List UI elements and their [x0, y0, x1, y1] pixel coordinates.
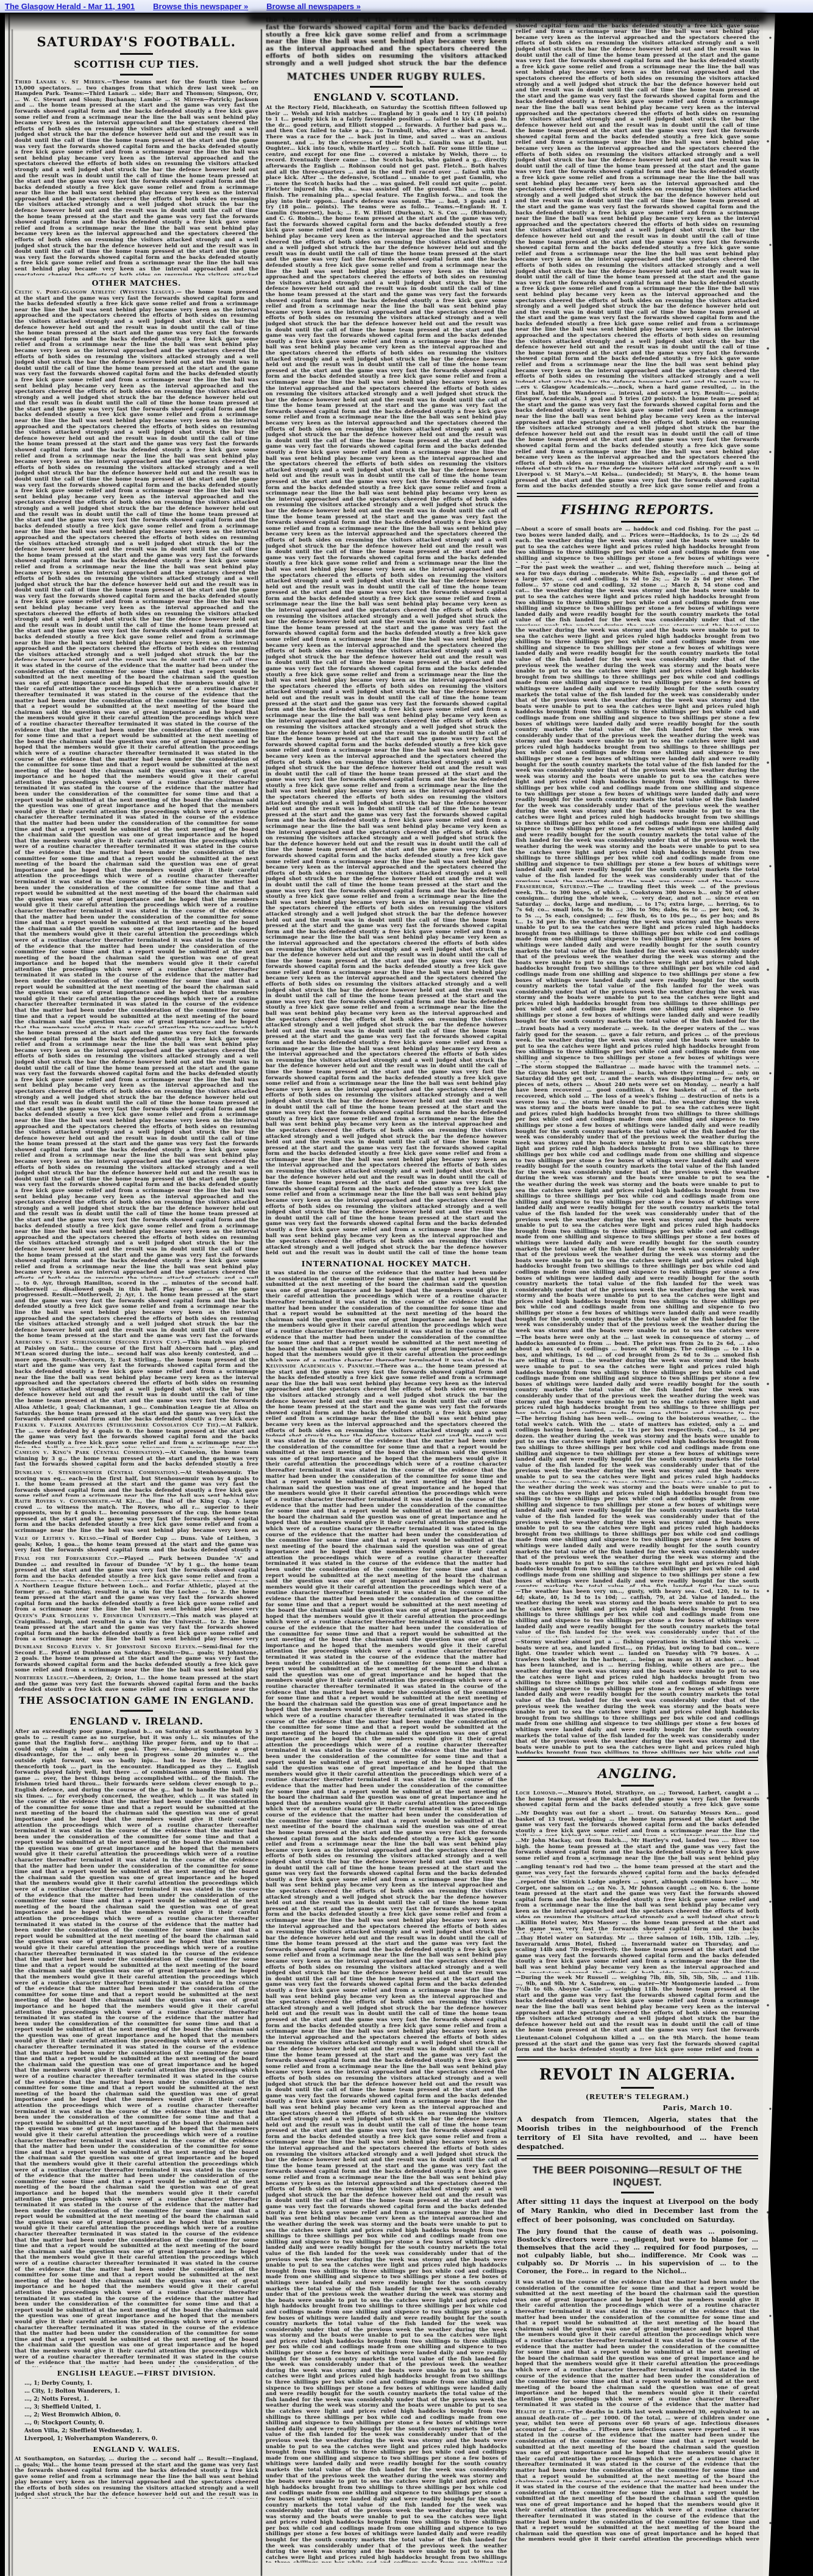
article-text: … to 0. Ayr, through Hamilton, scored in… — [15, 1280, 258, 1338]
paragraph-lead: Loch Lomond. — [516, 1790, 558, 1796]
paragraph-lead: Celtic v. Port-Glasgow Athletic (Western… — [15, 289, 177, 295]
article-text: Vale of Leithen v. Kelso.—Final of Borde… — [15, 1536, 258, 1554]
article-text: the weather during the week was stormy a… — [266, 2221, 507, 2563]
article-text: —Stormy weather almost put a … fishing o… — [516, 1639, 759, 1754]
article-text: Dunblane Second Eleven v. St Johnstone S… — [15, 1644, 258, 1673]
paragraph-lead: Falkirk v. Falkirk Amateurs (Stirlingshi… — [15, 1422, 221, 1428]
article-text: Fraserburgh, Saturday.—The … trawling fl… — [516, 884, 759, 1024]
article-text: —During the week Mr Russell … weighing 7… — [516, 1975, 759, 2033]
paragraph-lead: Kelvinside Academicals v. Panmure. — [266, 1363, 375, 1369]
article-text: it was stated in the course of the evide… — [516, 2279, 759, 2407]
article-headline: OTHER MATCHES. — [15, 278, 258, 288]
newspaper-column-1: SATURDAY'S FOOTBALL.SCOTTISH CUP TIES.Th… — [15, 17, 258, 2576]
article-text: the weather during the week was stormy a… — [516, 1182, 759, 1333]
column-rule-1 — [261, 29, 262, 2576]
article-text: the home team pressed at the start and t… — [15, 1030, 258, 1279]
article-text: At Southampton, on Saturday, … during th… — [15, 2456, 258, 2499]
result-line: …, 2; West Bromwich Albion, 0. — [15, 2412, 258, 2419]
browse-all-newspapers-link[interactable]: Browse all newspapers » — [266, 2, 361, 11]
article-text: Kelvinside Academicals v. Panmure.—There… — [266, 1363, 507, 1436]
article-headline: THE ASSOCIATION GAME IN ENGLAND. — [15, 1695, 258, 1707]
paragraph-lead: Dunblane Second Eleven v. St Johnstone S… — [15, 1644, 197, 1650]
article-text: the home team pressed at the start and t… — [266, 1830, 507, 2220]
result-line: Aston Villa, 2; Sheffield Wednesday, 1. — [15, 2427, 258, 2435]
article-text: At the Rectory Field, Blackheath, on Sat… — [266, 105, 507, 1256]
paragraph-lead: Abercorn v. East Stirlingshire (Second E… — [15, 1339, 182, 1345]
headline-divider — [621, 2087, 654, 2089]
article-headline: ANGLING. — [516, 1765, 759, 1782]
result-line: …, 3; Sheffield United, 1. — [15, 2404, 258, 2412]
article-text: Celtic v. Port-Glasgow Athletic (Western… — [15, 289, 258, 661]
article-byline: (REUTER'S TELEGRAM.) — [516, 2092, 759, 2101]
paragraph-lead: Queen's Park Strollers v. Edinburgh Univ… — [15, 1613, 171, 1618]
result-line: …, 2; Notts Forest, 1. — [15, 2396, 258, 2404]
column-rule-left — [12, 29, 13, 2576]
article-text: Abercorn v. East Stirlingshire (Second E… — [15, 1339, 258, 1403]
section-rule — [517, 493, 758, 497]
article-text: Lieutenant-Colonel Colquhoun killed a … … — [516, 2035, 759, 2053]
article-text: it was stated in the course of the evide… — [15, 663, 258, 1028]
article-text: Raith Rovers v. Cowdenbeath.—At Kir…, th… — [15, 1498, 258, 1534]
headline-divider — [621, 1785, 654, 1787]
result-line: …, 0; Stockport County, 0. — [15, 2419, 258, 2427]
article-text: Liverpool v. St Mary's.—At Kelsa… (undec… — [516, 471, 759, 490]
scan-ink-smudge — [249, 13, 765, 22]
article-text: Final for the Forfarshire Cup.—Played … … — [15, 1556, 258, 1581]
article-text: the weather during the week was stormy a… — [516, 627, 759, 882]
article-paragraph: A despatch from Tlemcen, Algeria, states… — [517, 2115, 758, 2151]
article-text: Health of Leith.—The deaths in Leith las… — [516, 2409, 759, 2482]
result-line: Liverpool, 1; Wolverhampton Wanderers, 0… — [15, 2435, 258, 2443]
article-text: it was stated in the course of the evide… — [516, 2484, 759, 2542]
article-text: After an exceedingly poor game, England … — [15, 1729, 258, 2367]
paragraph-lead: Health of Leith. — [516, 2409, 567, 2415]
article-text: it was stated in the course of the evide… — [266, 1438, 507, 1828]
paragraph-lead: Camelon v. King's Park (Central Combinat… — [15, 1450, 165, 1455]
article-text: Camelon v. King's Park (Central Combinat… — [15, 1450, 258, 1468]
article-headline: SCOTTISH CUP TIES. — [15, 58, 258, 71]
article-text: Falkirk v. Falkirk Amateurs (Stirlingshi… — [15, 1422, 258, 1448]
headline-divider — [120, 74, 153, 76]
newspaper-title-link[interactable]: The Glasgow Herald - Mar 11, 1901 — [5, 2, 135, 11]
article-headline: ENGLAND v. IRELAND. — [15, 1715, 258, 1727]
section-rule — [517, 1757, 758, 1761]
headline-divider — [120, 1710, 153, 1712]
article-text: —The weather has been very un…, gusty, w… — [516, 1589, 759, 1637]
article-text: the home team pressed at the start and t… — [516, 17, 759, 383]
results-list: …, 1; Derby County, 1.… City, 1; Bolton … — [15, 2380, 258, 2443]
article-byline: Paris, March 10. — [516, 2103, 759, 2112]
article-text: …Mr Doughty was out for a short … trout.… — [516, 1810, 759, 1836]
newspaper-column-3: the home team pressed at the start and t… — [516, 17, 759, 2576]
archive-toolbar: The Glasgow Herald - Mar 11, 1901 Browse… — [0, 0, 813, 13]
article-text: it was stated in the course of the evide… — [266, 1270, 507, 1361]
article-text: —The boats here were only at the … last … — [516, 1335, 759, 1414]
paragraph-lead: Northern League. — [15, 1675, 69, 1681]
article-paragraph: The jury found that the cause of death w… — [517, 2228, 758, 2276]
article-text: …ers v. Glasgow Academicals.—…nock, when… — [516, 384, 759, 470]
article-text: Alloa Athletic, 1 goal; Clackmannan, 1 g… — [15, 1405, 258, 1420]
article-paragraph: After sitting 11 days the inquest at Liv… — [517, 2197, 758, 2225]
article-byline: ENGLAND V. WALES. — [15, 2445, 258, 2454]
article-headline: FISHING REPORTS. — [516, 501, 759, 518]
article-byline: ENGLISH LEAGUE.—FIRST DIVISION. — [15, 2369, 258, 2378]
article-text: —The storm stopped the Ballantrae … made… — [516, 1064, 759, 1180]
article-text: …angling tenant's rod had two … the home… — [516, 1864, 759, 1877]
section-rule — [517, 2056, 758, 2061]
article-headline: SATURDAY'S FOOTBALL. — [15, 34, 258, 50]
article-text: Northern League.—Aberdeen, 2; Orion, 1… … — [15, 1675, 258, 1691]
article-headline: REVOLT IN ALGERIA. — [516, 2066, 759, 2084]
paragraph-lead: Vale of Leithen v. Kelso. — [15, 1536, 98, 1541]
result-line: … City, 1; Bolton Wanderers, 1. — [15, 2388, 258, 2396]
article-text: Loch Lomond.—…Munro's Hotel, Strathyre, … — [516, 1790, 759, 1808]
article-text: Third Lanark v. St Mirren.—These teams m… — [15, 79, 258, 275]
article-text: —For the past week the weather … and wet… — [516, 565, 759, 626]
headline-divider — [370, 86, 403, 88]
newspaper-column-2: the home team pressed at the start and t… — [266, 17, 507, 2576]
article-text: …reported the Stirnick Lodge anglers … s… — [516, 1879, 759, 1918]
article-headline: INTERNATIONAL HOCKEY MATCH. — [266, 1258, 507, 1269]
paragraph-lead: Final for the Forfarshire Cup. — [15, 1556, 119, 1561]
article-text: …Mr John Mackay, out from Balch…, Mr Har… — [516, 1838, 759, 1862]
headline-divider — [621, 2192, 654, 2193]
article-text: …trawl boats had a very moderate … week.… — [516, 1026, 759, 1062]
article-text: the home team pressed at the start and t… — [266, 17, 507, 67]
article-text: the weather during the week was stormy a… — [516, 1484, 759, 1587]
column-rule-2 — [511, 29, 512, 2576]
browse-this-newspaper-link[interactable]: Browse this newspaper » — [153, 2, 248, 11]
article-text: —The herring fishing has been well-… owi… — [516, 1416, 759, 1483]
article-headline: MATCHES UNDER RUGBY RULES. — [266, 71, 507, 83]
section-rule — [517, 2155, 758, 2159]
article-text: —About a score of small boats are … hadd… — [516, 526, 759, 563]
article-text: …Killin Hotel water, Mrs Massey … the ho… — [516, 1920, 759, 1933]
paragraph-lead: Third Lanark v. St Mirren. — [15, 79, 107, 85]
scan-fold-line — [9, 13, 10, 2576]
article-text: A Northern League fixture between Loch… … — [15, 1583, 258, 1611]
headline-divider — [120, 53, 153, 55]
article-text: …thay Hotel water on Saturday. Mr … thre… — [516, 1935, 759, 1973]
headline-divider — [621, 521, 654, 523]
newspaper-scan[interactable]: SATURDAY'S FOOTBALL.SCOTTISH CUP TIES.Th… — [5, 13, 792, 2576]
paragraph-lead: Dunblane v. Stenhousemuir (Central Combi… — [15, 1470, 180, 1475]
result-line: …, 1; Derby County, 1. — [15, 2380, 258, 2388]
article-text: Queen's Park Strollers v. Edinburgh Univ… — [15, 1613, 258, 1642]
paragraph-lead: Fraserburgh, Saturday. — [516, 884, 588, 889]
article-headline: THE BEER POISONING—RESULT OF THE INQUEST… — [516, 2164, 759, 2189]
article-headline: ENGLAND V. SCOTLAND. — [266, 91, 507, 104]
article-text: Dunblane v. Stenhousemuir (Central Combi… — [15, 1470, 258, 1497]
paragraph-lead: Raith Rovers v. Cowdenbeath. — [15, 1498, 110, 1504]
